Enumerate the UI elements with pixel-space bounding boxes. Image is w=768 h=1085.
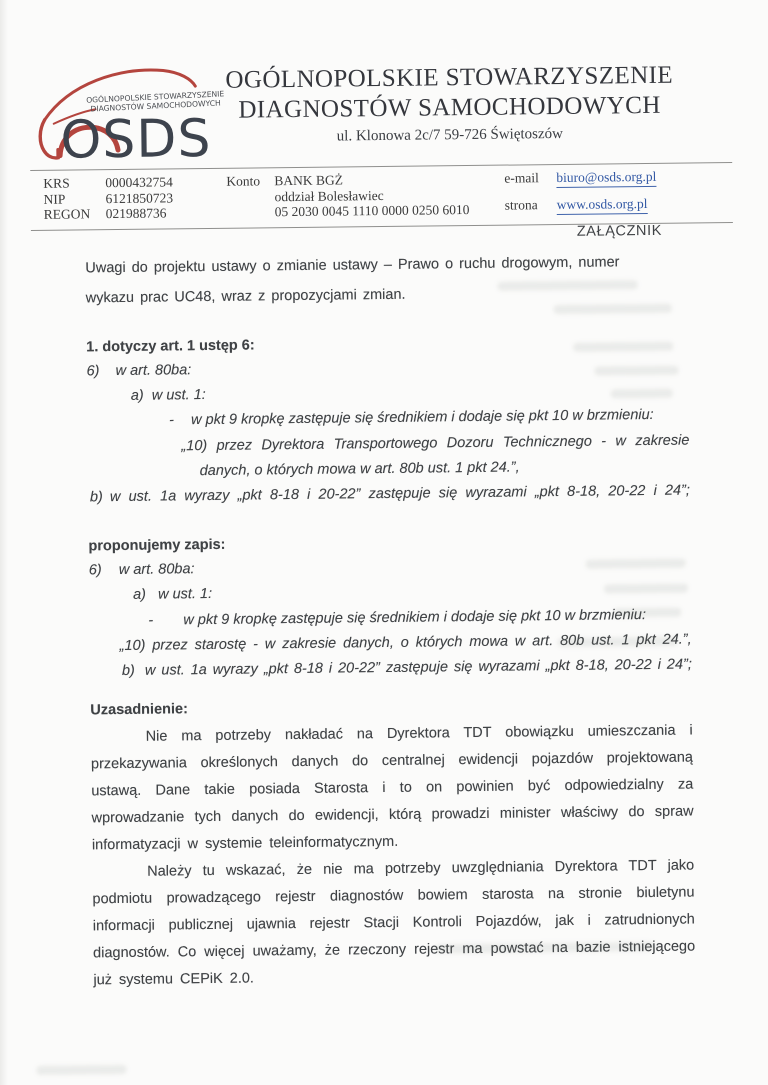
item-b-text: w ust. 1a wyrazy „pkt 8-18 i 20-22” zast…: [145, 653, 692, 684]
registry-numbers: KRS 0000432754 NIP 6121850723 REGON 0219…: [30, 174, 227, 223]
osds-car-logo-icon: OGÓLNOPOLSKIE STOWARZYSZENIE DIAGNOSTÓW …: [33, 56, 226, 172]
scan-artifact: [604, 584, 688, 594]
dash-label: -: [169, 409, 191, 434]
scan-artifact: [558, 637, 678, 647]
org-name-line2: DIAGNOSTÓW SAMOCHODOWYCH: [223, 91, 675, 126]
scan-artifact: [498, 280, 638, 291]
car-front-bumper: [40, 120, 58, 158]
nip-label: NIP: [43, 191, 105, 207]
scanned-document-page: OGÓLNOPOLSKIE STOWARZYSZENIE DIAGNOSTÓW …: [0, 0, 768, 1085]
email-link[interactable]: biuro@osds.org.pl: [556, 169, 656, 188]
scan-artifact: [573, 342, 673, 352]
website-link[interactable]: www.osds.org.pl: [557, 195, 648, 214]
attachment-label: ZAŁĄCZNIK: [577, 223, 662, 240]
scan-artifact: [36, 1065, 126, 1075]
contact-block: e-mail biuro@osds.org.pl strona www.osds…: [496, 168, 733, 217]
osds-logo: OGÓLNOPOLSKIE STOWARZYSZENIE DIAGNOSTÓW …: [33, 56, 226, 172]
item-b-label: b): [122, 659, 145, 684]
org-address: ul. Klonowa 2c/7 59-726 Świętoszów: [224, 125, 676, 147]
justification-paragraph-2: Należy tu wskazać, że nie ma potrzeby uw…: [92, 853, 695, 995]
logo-acronym: OSDS: [60, 109, 212, 171]
section-1-item-b: b) w ust. 1a wyrazy „pkt 8-18 i 20-22” z…: [88, 479, 690, 511]
regon-label: REGON: [44, 206, 106, 222]
item-b-text: w ust. 1a wyrazy „pkt 8-18 i 20-22” zast…: [110, 479, 690, 511]
item-a-label: a): [133, 583, 158, 608]
justification-paragraph-1: Nie ma potrzeby nakładać na Dyrektora TD…: [91, 718, 694, 860]
item-b-label: b): [90, 485, 110, 510]
section-2-item-b: b) w ust. 1a wyrazy „pkt 8-18 i 20-22” z…: [90, 653, 692, 685]
website-row: strona www.osds.org.pl: [505, 195, 731, 216]
bank-account-block: Konto BANK BGŻ oddział Bolesławiec 05 20…: [226, 171, 497, 221]
scan-artifact: [611, 389, 673, 399]
document-body: Uwagi do projektu ustawy o zmianie ustaw…: [85, 247, 695, 995]
letterhead-info-band: KRS 0000432754 NIP 6121850723 REGON 0219…: [30, 162, 733, 230]
email-label: e-mail: [504, 170, 556, 187]
nip-value: 6121850723: [105, 190, 173, 206]
item-a-label: a): [131, 384, 152, 409]
krs-value: 0000432754: [105, 174, 173, 190]
scan-artifact: [613, 608, 681, 618]
org-title-block: OGÓLNOPOLSKIE STOWARZYSZENIE DIAGNOSTÓW …: [223, 61, 676, 147]
item-6-label: 6): [86, 359, 115, 385]
section-2: proponujemy zapis: 6) w art. 80ba: a) w …: [88, 528, 692, 685]
email-row: e-mail biuro@osds.org.pl: [504, 168, 730, 189]
section-1: 1. dotyczy art. 1 ustęp 6: 6) w art. 80b…: [86, 329, 690, 511]
bank-account-number: 05 2030 0045 1110 0000 0250 6010: [275, 202, 470, 220]
regon-value: 021988736: [106, 205, 167, 221]
dash-label: -: [148, 608, 183, 634]
scan-artifact: [554, 304, 672, 314]
website-label: strona: [505, 197, 557, 214]
scan-artifact: [595, 366, 679, 376]
scan-artifact: [586, 559, 686, 569]
regon-row: REGON 021988736: [44, 205, 227, 223]
krs-label: KRS: [43, 175, 105, 191]
item-6-label: 6): [89, 558, 119, 584]
document-content: OGÓLNOPOLSKIE STOWARZYSZENIE DIAGNOSTÓW …: [0, 0, 768, 1085]
bank-label: Konto: [226, 173, 275, 220]
